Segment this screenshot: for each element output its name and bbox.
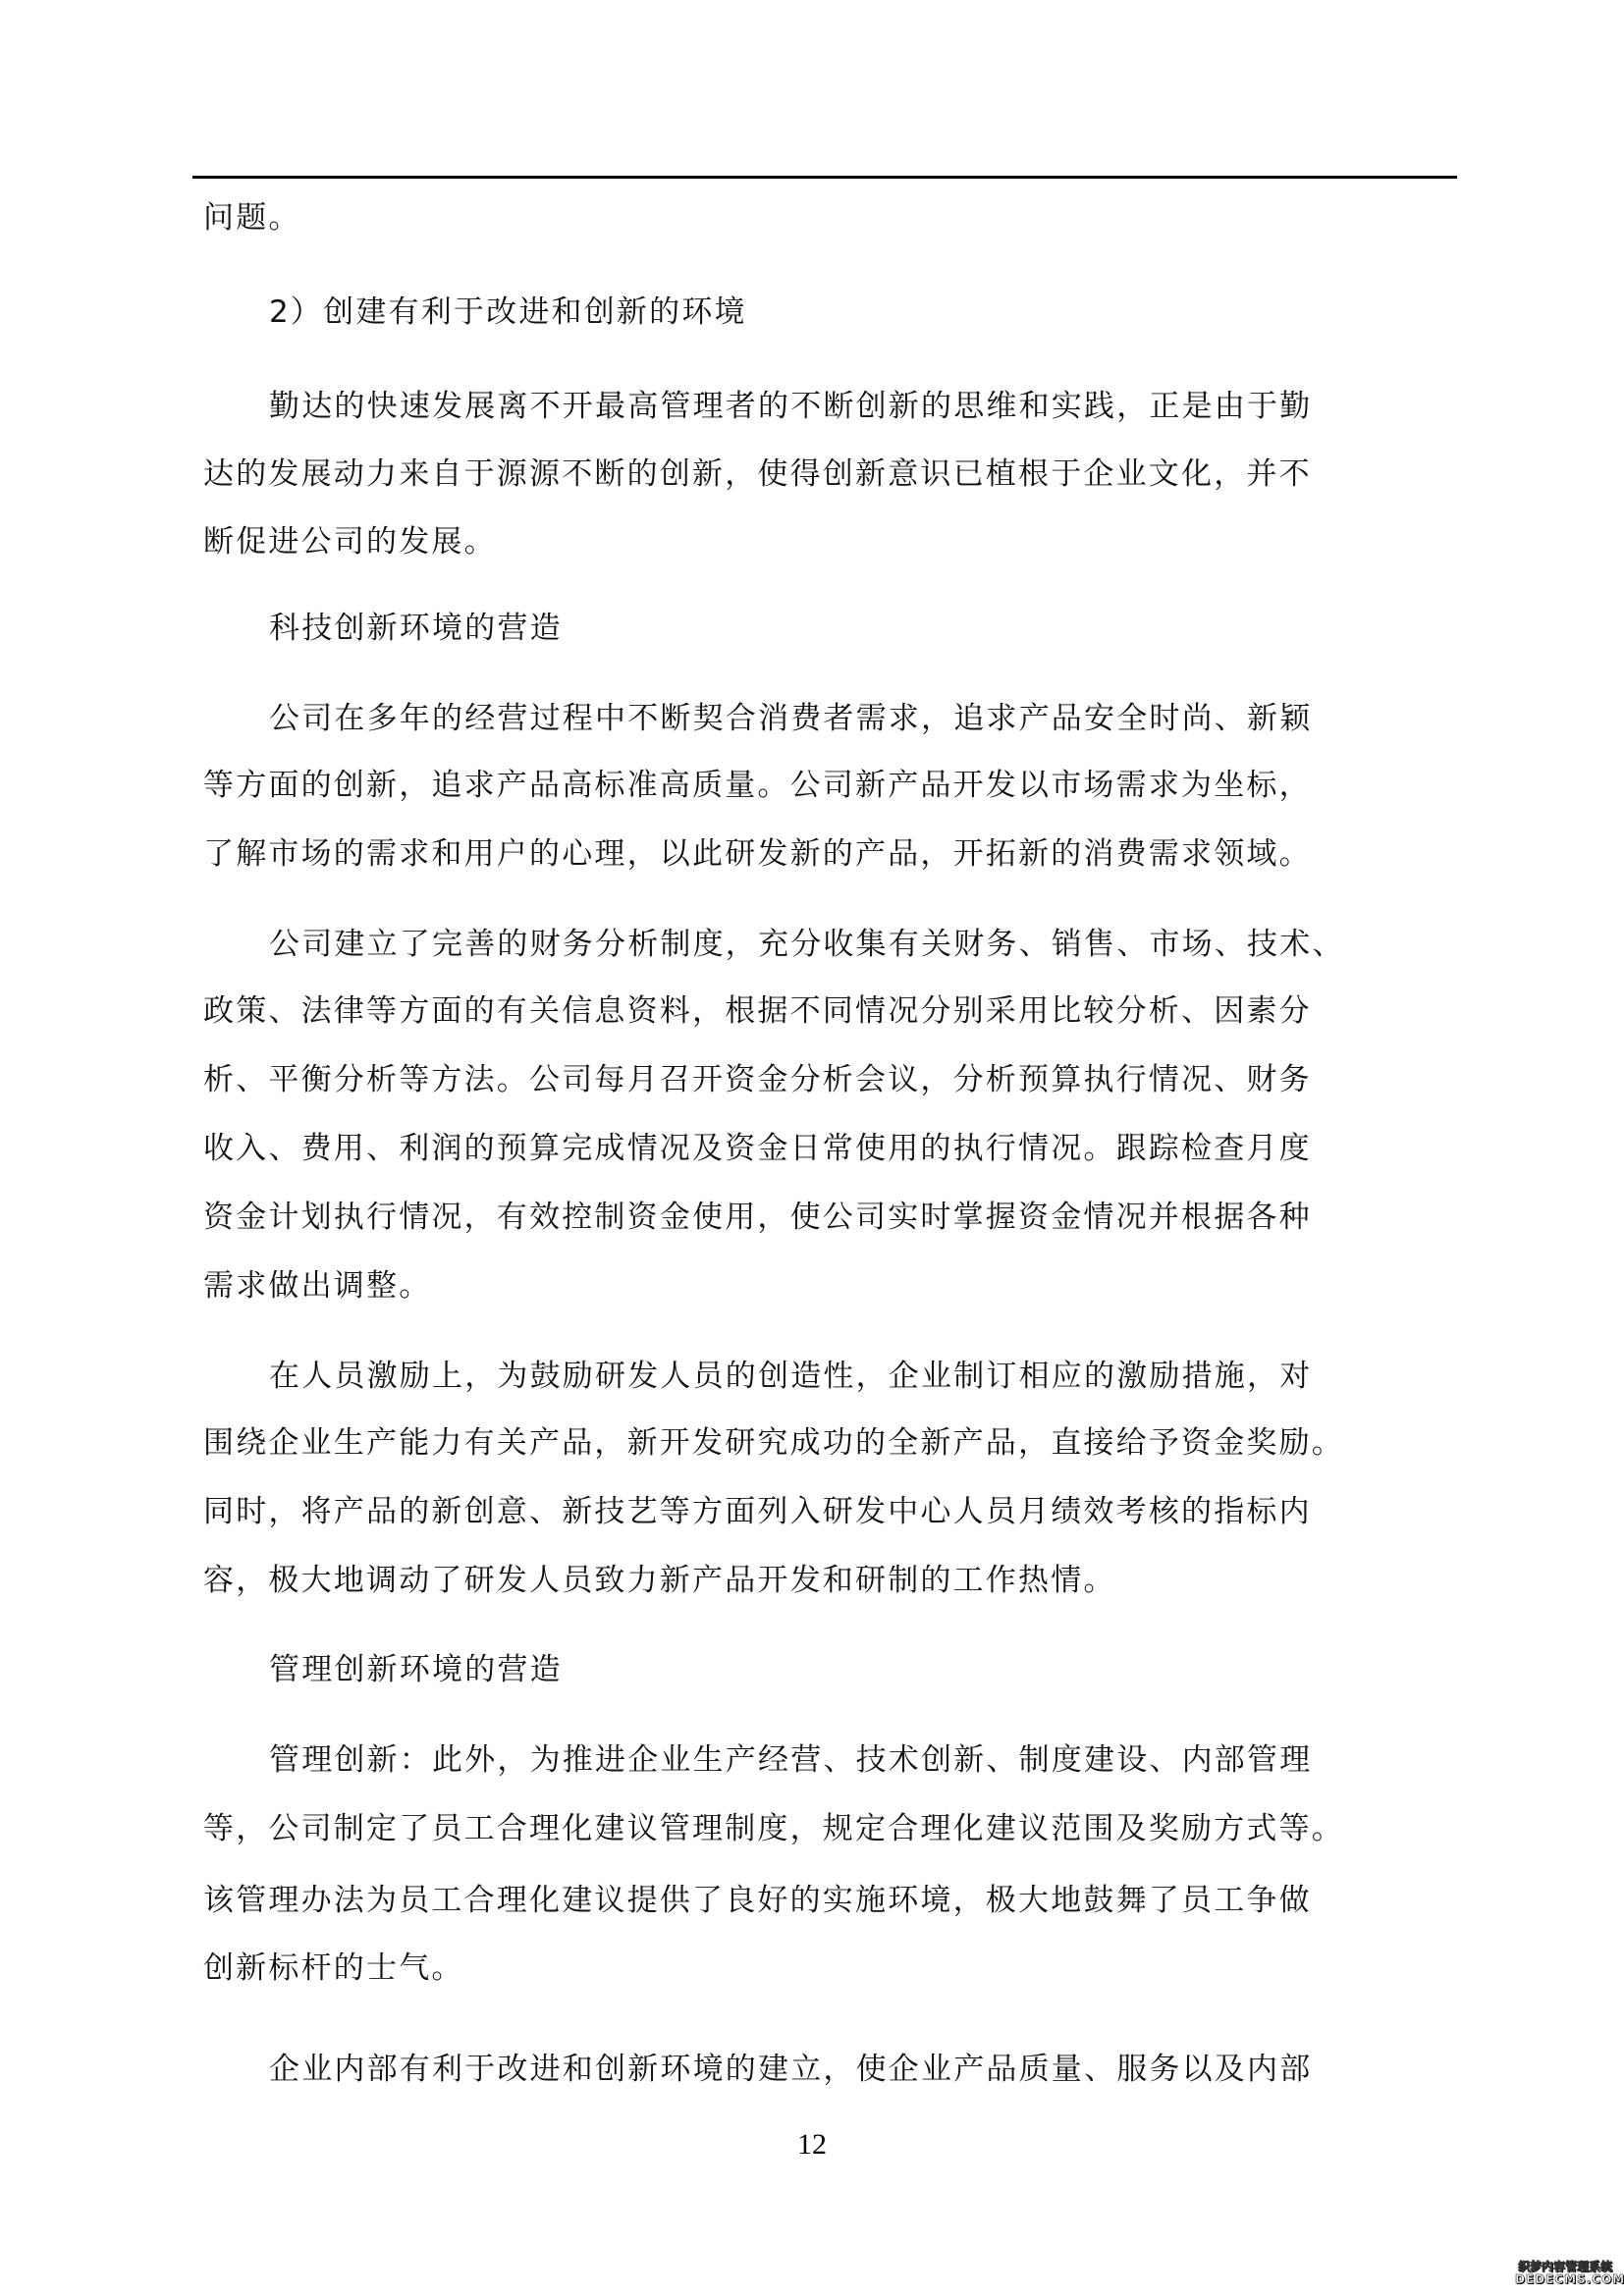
text-line: 创新标杆的士气。 — [203, 1950, 464, 1986]
text-line: 科技创新环境的营造 — [269, 611, 563, 646]
text-line: 公司在多年的经营过程中不断契合消费者需求，追求产品安全时尚、新颖 — [269, 701, 1312, 736]
text-line: 等，公司制定了员工合理化建议管理制度，规定合理化建议范围及奖励方式等。 — [203, 1811, 1344, 1846]
page-number: 12 — [0, 2128, 1624, 2162]
text-line: 断促进公司的发展。 — [203, 524, 497, 560]
text-line: 容，极大地调动了研发人员致力新产品开发和研制的工作热情。 — [203, 1563, 1116, 1598]
text-line: 析、平衡分析等方法。公司每月召开资金分析会议，分析预算执行情况、财务 — [203, 1062, 1312, 1097]
watermark-logo: 织梦内容管理系统 DEDECMS.COM — [1515, 2261, 1615, 2286]
text-line: 该管理办法为员工合理化建议提供了良好的实施环境，极大地鼓舞了员工争做 — [203, 1883, 1312, 1918]
text-line: 收入、费用、利润的预算完成情况及资金日常使用的执行情况。跟踪检查月度 — [203, 1131, 1312, 1166]
text-line: 了解市场的需求和用户的心理，以此研发新的产品，开拓新的消费需求领域。 — [203, 836, 1312, 872]
header-rule — [192, 176, 1457, 179]
text-line: 需求做出调整。 — [203, 1268, 431, 1304]
text-line: 勤达的快速发展离不开最高管理者的不断创新的思维和实践，正是由于勤 — [269, 389, 1312, 424]
text-line: 围绕企业生产能力有关产品，新开发研究成功的全新产品，直接给予资金奖励。 — [203, 1425, 1344, 1461]
text-line: 公司建立了完善的财务分析制度，充分收集有关财务、销售、市场、技术、 — [269, 927, 1345, 962]
document-page: 问题。2）创建有利于改进和创新的环境勤达的快速发展离不开最高管理者的不断创新的思… — [0, 0, 1624, 2296]
text-line: 管理创新环境的营造 — [269, 1652, 563, 1687]
text-line: 在人员激励上，为鼓励研发人员的创造性，企业制订相应的激励措施，对 — [269, 1359, 1312, 1394]
text-line: 政策、法律等方面的有关信息资料，根据不同情况分别采用比较分析、因素分 — [203, 993, 1312, 1029]
text-line: 资金计划执行情况，有效控制资金使用，使公司实时掌握资金情况并根据各种 — [203, 1200, 1312, 1235]
text-line: 同时，将产品的新创意、新技艺等方面列入研发中心人员月绩效考核的指标内 — [203, 1494, 1312, 1529]
text-line: 企业内部有利于改进和创新环境的建立，使企业产品质量、服务以及内部 — [269, 2052, 1312, 2087]
text-line: 2）创建有利于改进和创新的环境 — [269, 294, 747, 330]
text-line: 问题。 — [203, 200, 301, 236]
watermark-en: DEDECMS.COM — [1515, 2273, 1615, 2286]
text-line: 等方面的创新，追求产品高标准高质量。公司新产品开发以市场需求为坐标， — [203, 768, 1312, 803]
text-line: 达的发展动力来自于源源不断的创新，使得创新意识已植根于企业文化，并不 — [203, 456, 1312, 492]
text-line: 管理创新：此外，为推进企业生产经营、技术创新、制度建设、内部管理 — [269, 1742, 1312, 1778]
